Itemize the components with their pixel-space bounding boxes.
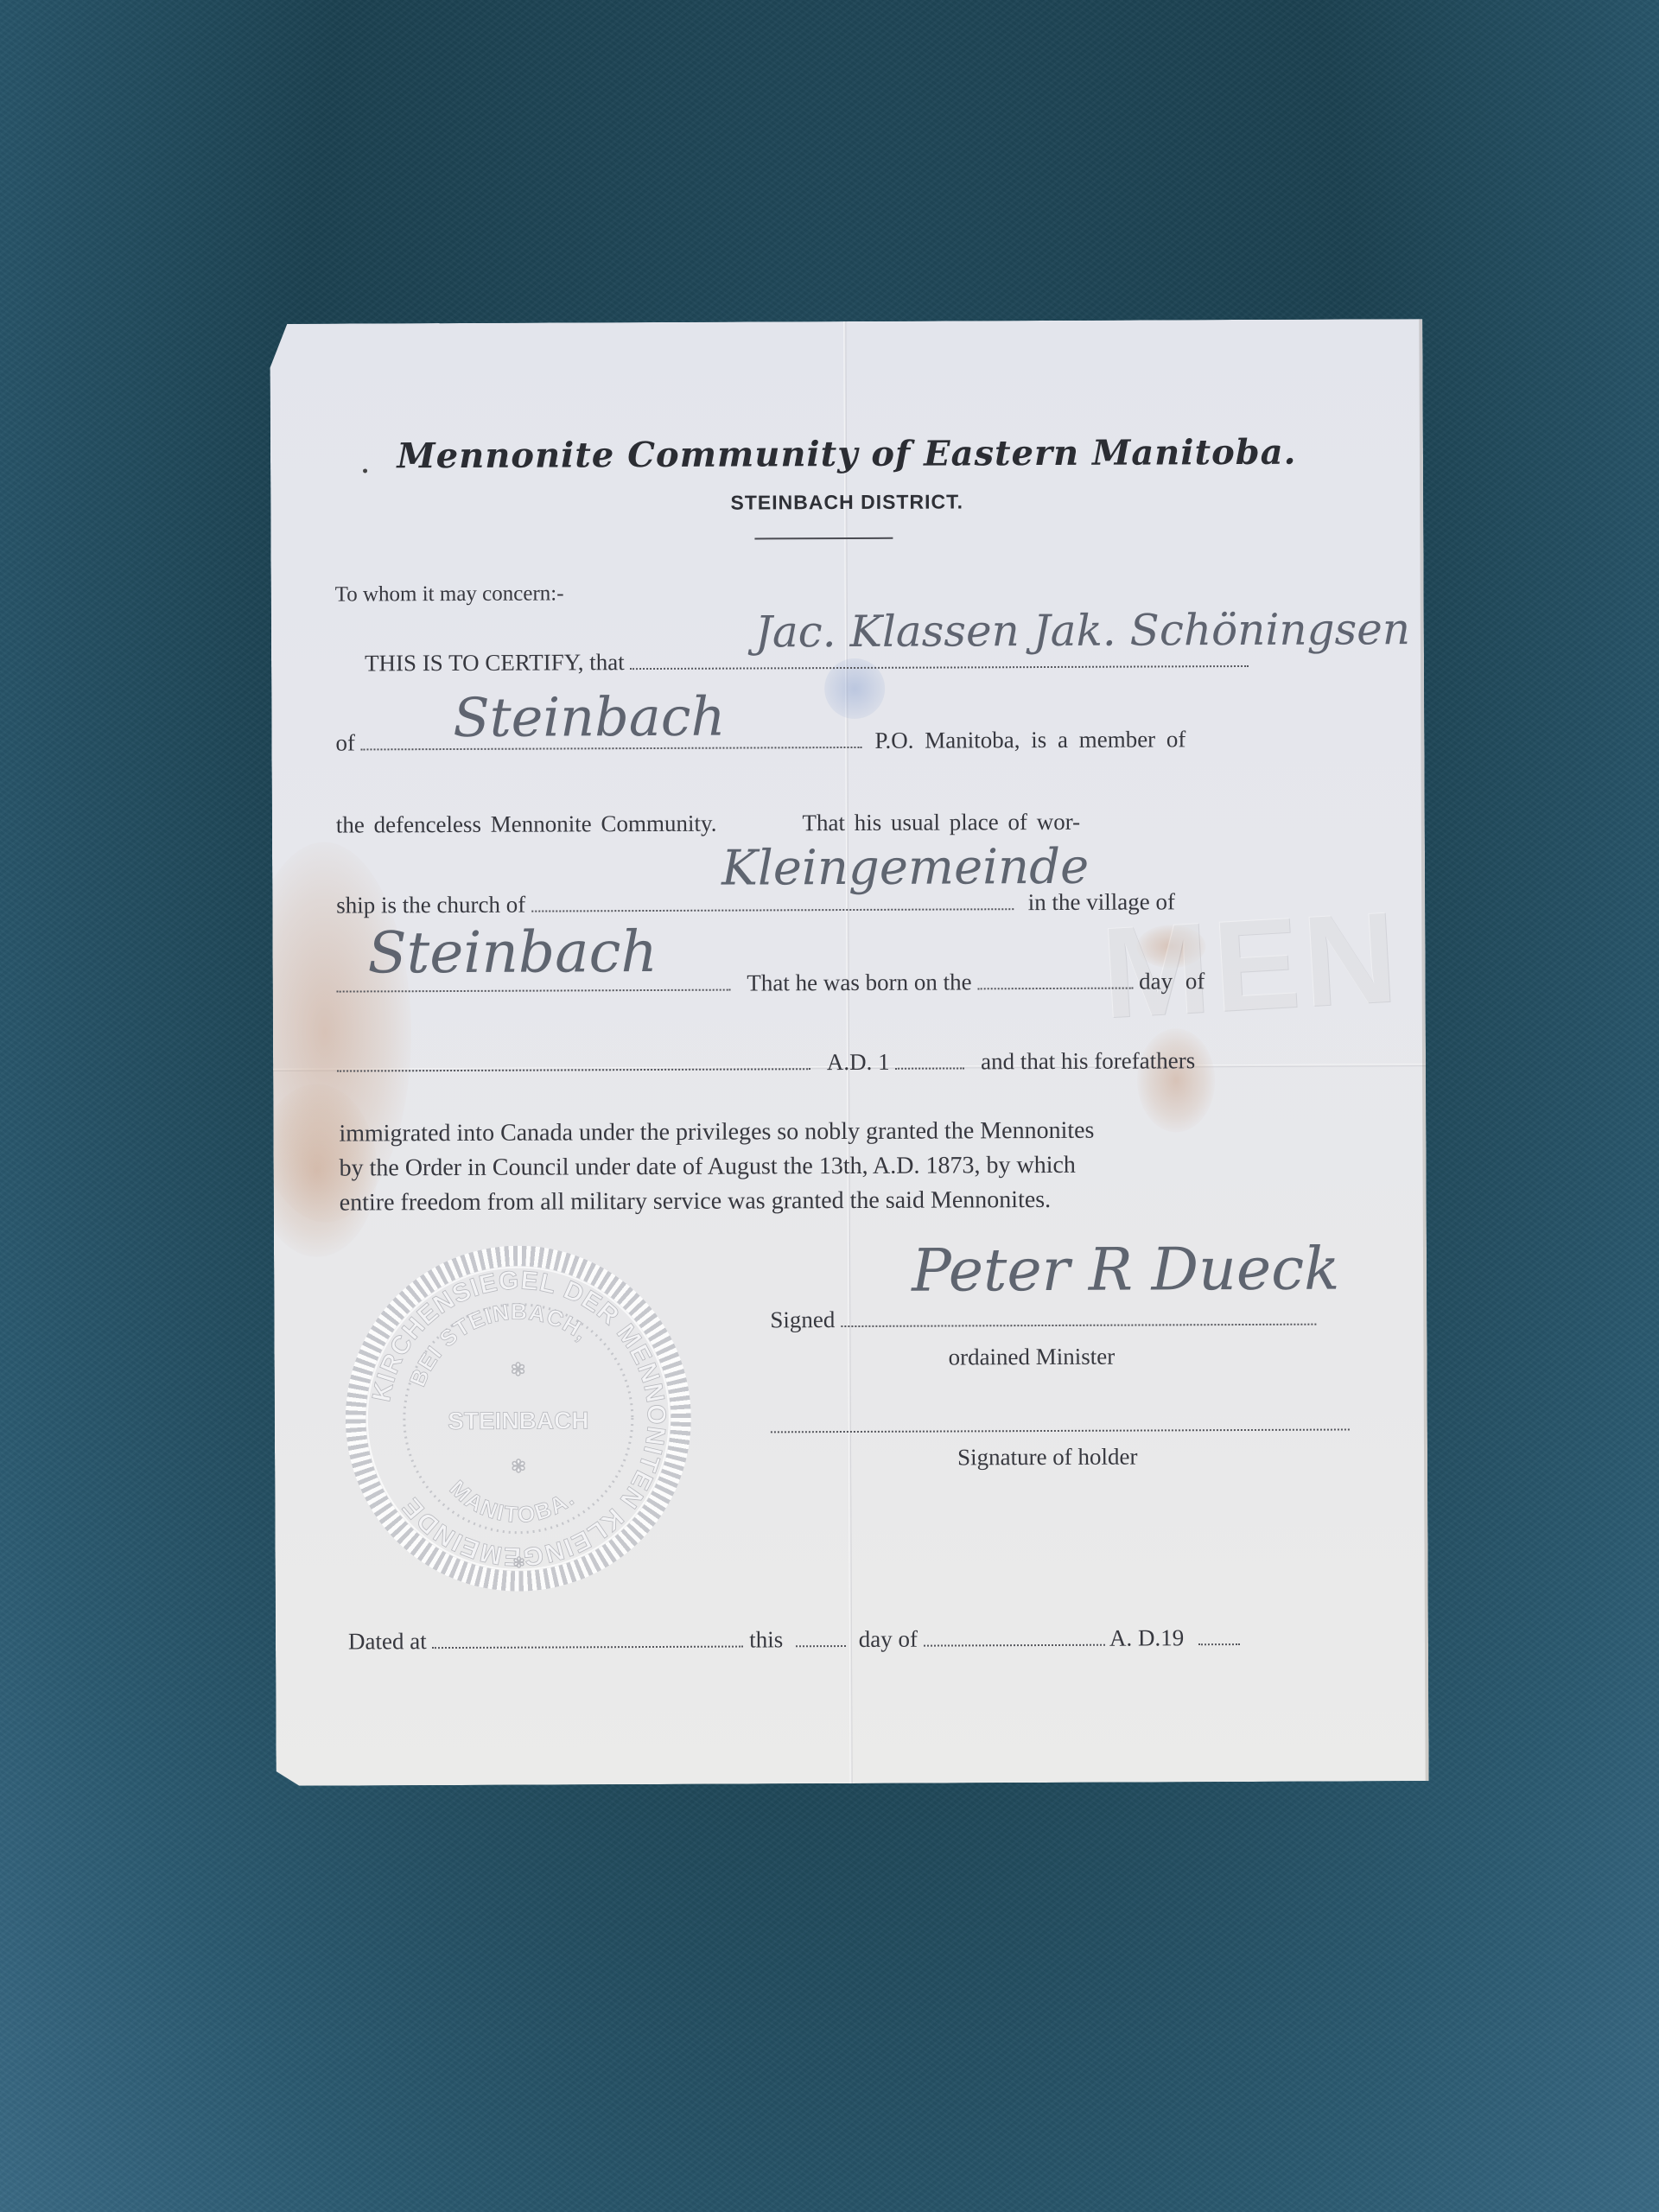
svg-text:MANITOBA.: MANITOBA. [445, 1474, 580, 1528]
salutation: To whom it may concern:- [335, 582, 564, 607]
embossed-seal: KIRCHENSIEGEL DER MENNONITEN KLEINGEMEIN… [345, 1245, 692, 1592]
seal-center-text: STEINBACH [448, 1407, 588, 1434]
community-line: the defenceless Mennonite Community. Tha… [336, 809, 1080, 839]
forefathers-label: and that his forefathers [981, 1047, 1195, 1074]
handwritten-minister-signature: Peter R Dueck [912, 1236, 1340, 1306]
document-subtitle: STEINBACH DISTRICT. [270, 488, 1423, 517]
community-label: the defenceless Mennonite Community. [336, 810, 717, 838]
birth-day-field[interactable] [977, 988, 1133, 990]
handwritten-holder-name: Jac. Klassen Jak. Schöningsen [755, 604, 1410, 657]
footer-day-of-label: day of [859, 1626, 918, 1652]
body-paragraph-line-2: by the Order in Council under date of Au… [340, 1152, 1076, 1183]
holder-signature-line [771, 1409, 1350, 1439]
document-title: Mennonite Community of Eastern Manitoba. [270, 431, 1423, 477]
dated-label: Dated at [348, 1628, 427, 1654]
born-label: That he was born on the [747, 969, 971, 995]
worship-label: That his usual place of wor- [802, 809, 1080, 836]
handwritten-post-office: Steinbach [453, 685, 725, 749]
church-field[interactable] [531, 908, 1014, 912]
day-of-label: day of [1139, 968, 1205, 994]
ad-label: A.D. 1 [827, 1049, 890, 1075]
certify-label: THIS IS TO CERTIFY, that [365, 649, 625, 676]
birth-year-line: A.D. 1 and that his forefathers [337, 1047, 1195, 1077]
signed-line: Signed [770, 1305, 1316, 1334]
dated-day-field[interactable] [796, 1645, 846, 1647]
title-divider [754, 537, 893, 540]
body-paragraph-line-1: immigrated into Canada under the privile… [339, 1117, 1094, 1148]
signed-label: Signed [770, 1306, 835, 1332]
dated-year-field[interactable] [1198, 1643, 1240, 1645]
seal-bottom-text: MANITOBA. [445, 1474, 580, 1528]
holder-signature-label: Signature of holder [957, 1444, 1138, 1471]
handwritten-church: Kleingemeinde [721, 839, 1089, 897]
holder-signature-field[interactable] [771, 1428, 1350, 1433]
footer-ad-label: A. D.19 [1109, 1624, 1184, 1650]
dated-line: Dated at this day of A. D.19 [348, 1624, 1240, 1656]
handwritten-village: Steinbach [367, 918, 658, 986]
church-label: ship is the church of [336, 892, 525, 918]
svg-text:✽: ✽ [512, 1458, 526, 1477]
minister-label: ordained Minister [948, 1344, 1115, 1371]
seal-icon: KIRCHENSIEGEL DER MENNONITEN KLEINGEMEIN… [345, 1245, 692, 1592]
minister-signature-field[interactable] [841, 1324, 1316, 1327]
po-label: P.O. Manitoba, is a member of [874, 726, 1185, 753]
birth-year-field[interactable] [895, 1067, 964, 1069]
dated-month-field[interactable] [924, 1644, 1105, 1647]
svg-text:✽: ✽ [511, 1361, 525, 1380]
of-label: of [335, 729, 355, 755]
dated-place-field[interactable] [432, 1646, 743, 1649]
this-label: this [749, 1626, 783, 1652]
body-paragraph-line-3: entire freedom from all military service… [340, 1186, 1052, 1217]
village-field[interactable] [337, 989, 731, 993]
certificate-paper: MEN Mennonite Community of Eastern Manit… [270, 319, 1428, 1786]
svg-text:✽: ✽ [513, 1556, 524, 1571]
birth-month-field[interactable] [337, 1068, 810, 1071]
holder-name-field[interactable] [630, 665, 1249, 670]
